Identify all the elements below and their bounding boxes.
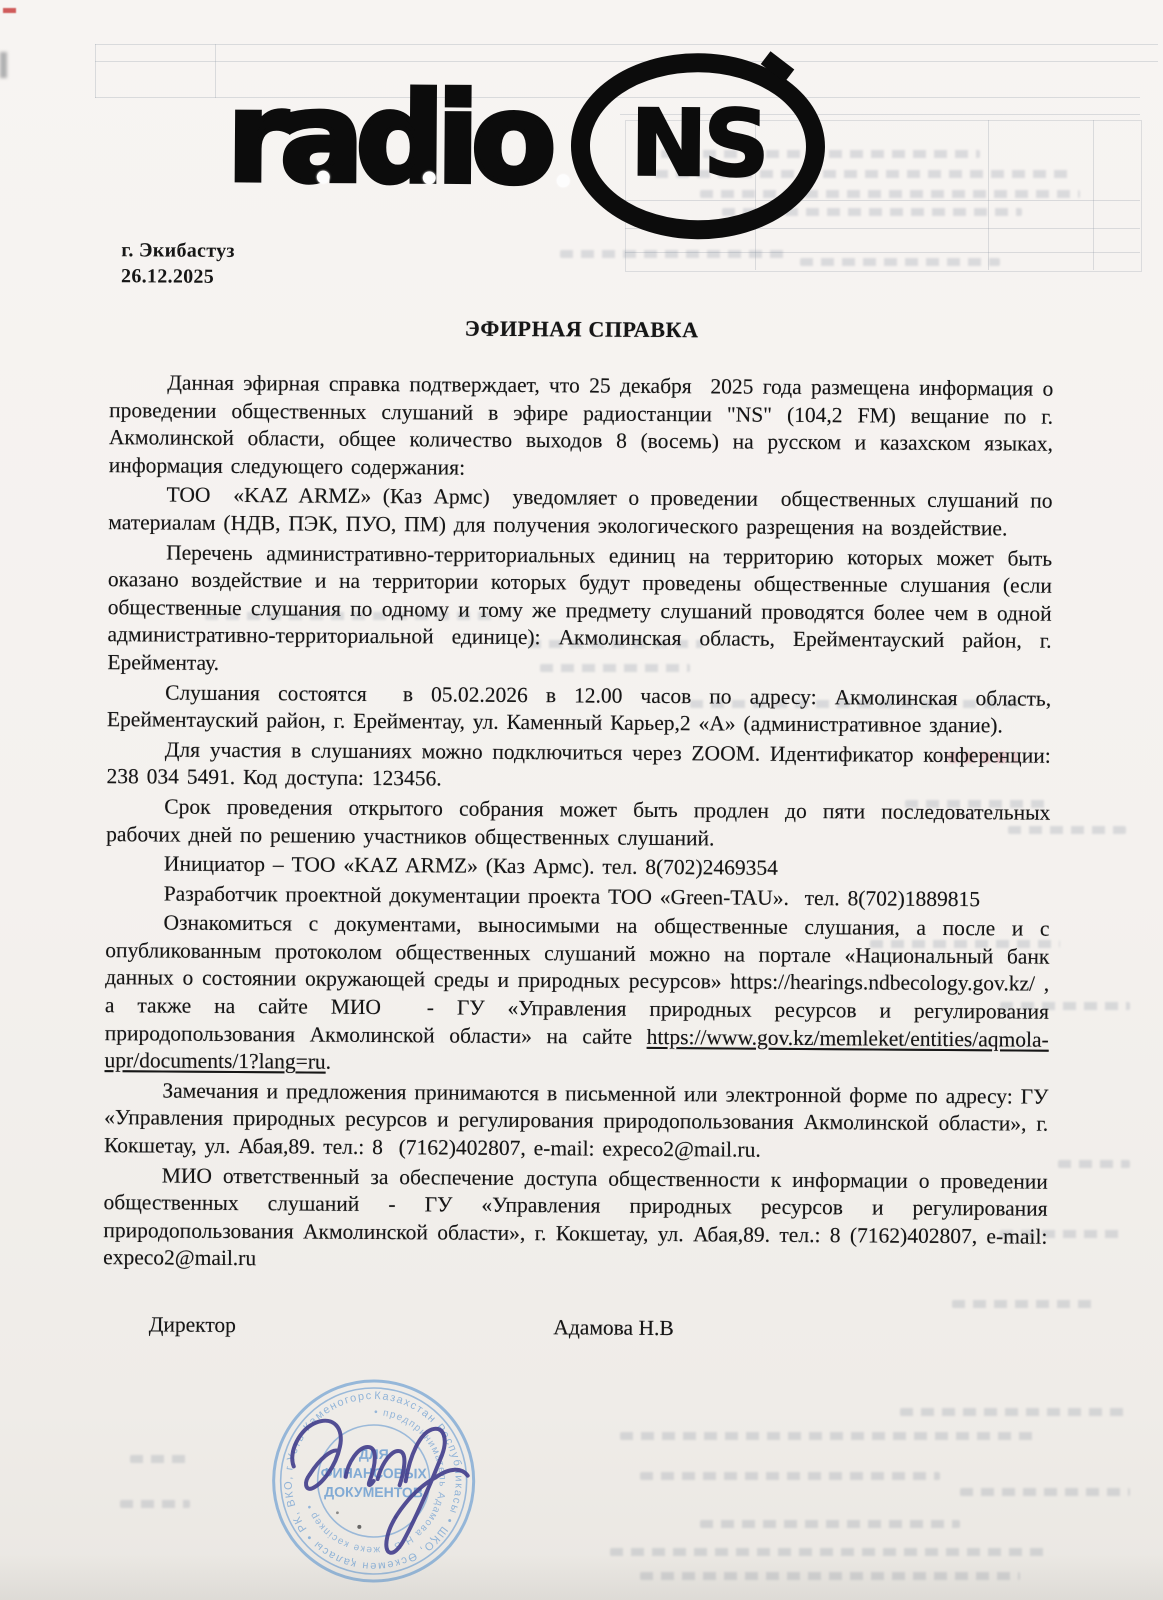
handwritten-signature bbox=[285, 1388, 516, 1575]
logo-ns-text: NS bbox=[630, 98, 766, 191]
signature-row: Директор Адамова Н.В bbox=[103, 1312, 1047, 1344]
paragraph-text: . bbox=[326, 1050, 332, 1074]
paragraph: Инициатор – ТОО «KAZ ARMZ» (Каз Армс). т… bbox=[106, 850, 1050, 884]
signature-name: Адамова Н.В bbox=[553, 1315, 674, 1340]
record-dot-icon bbox=[557, 174, 570, 187]
paragraph-text: Замечания и предложения принимаются в пи… bbox=[104, 1078, 1049, 1161]
paragraph: Перечень административно-территориальных… bbox=[107, 539, 1052, 684]
radio-ns-logo: radio NS bbox=[224, 46, 855, 245]
paragraph-text: Срок проведения открытого собрания может… bbox=[106, 794, 1050, 849]
city-line: г. Экибастуз bbox=[121, 239, 235, 263]
paragraph-text: https://hearings.ndbecology.gov.kz/ bbox=[730, 970, 1035, 996]
paragraph: Слушания состоятся в 05.02.2026 в 12.00 … bbox=[107, 679, 1051, 741]
scan-content: radio NS г. Экибастуз 26.12.2025 ЭФИРНАЯ… bbox=[0, 0, 1163, 1600]
document-title: ЭФИРНАЯ СПРАВКА bbox=[110, 313, 1054, 346]
paragraph: Ознакомиться с документами, выносимыми н… bbox=[104, 909, 1049, 1081]
paragraph: Данная эфирная справка подтверждает, что… bbox=[109, 369, 1054, 486]
paragraphs-container: Данная эфирная справка подтверждает, что… bbox=[103, 369, 1053, 1279]
paragraph: Для участия в слушаниях можно подключить… bbox=[106, 736, 1050, 798]
scanned-document-page: radio NS г. Экибастуз 26.12.2025 ЭФИРНАЯ… bbox=[0, 0, 1163, 1600]
signature-role: Директор bbox=[149, 1312, 236, 1337]
paragraph: Замечания и предложения принимаются в пи… bbox=[104, 1077, 1049, 1166]
paragraph-text: Перечень административно-территориальных… bbox=[107, 540, 1052, 675]
paragraph-text: Инициатор – ТОО «KAZ ARMZ» (Каз Армс). т… bbox=[164, 852, 778, 880]
paragraph: Срок проведения открытого собрания может… bbox=[106, 793, 1050, 855]
logo-circle-notch bbox=[761, 51, 795, 82]
record-dot-icon bbox=[423, 171, 436, 184]
date-line: 26.12.2025 bbox=[121, 265, 214, 289]
document-body: ЭФИРНАЯ СПРАВКА Данная эфирная справка п… bbox=[103, 313, 1054, 1344]
paragraph-text: Для участия в слушаниях можно подключить… bbox=[106, 737, 1050, 791]
paragraph-text: ТОО «KAZ ARMZ» (Каз Армс) уведомляет о п… bbox=[108, 483, 1052, 540]
paragraph: МИО ответственный за обеспечение доступа… bbox=[103, 1162, 1048, 1279]
paragraph: ТОО «KAZ ARMZ» (Каз Армс) уведомляет о п… bbox=[108, 481, 1052, 543]
paragraph-text: Данная эфирная справка подтверждает, что… bbox=[109, 371, 1054, 480]
paragraph: Разработчик проектной документации проек… bbox=[106, 880, 1050, 914]
paragraph-text: МИО ответственный за обеспечение доступа… bbox=[103, 1163, 1048, 1270]
logo-ns-circle: NS bbox=[570, 52, 825, 240]
paragraph-text: Слушания состоятся в 05.02.2026 в 12.00 … bbox=[107, 680, 1051, 737]
record-dot-icon bbox=[317, 171, 330, 184]
logo-radio-text: radio bbox=[227, 76, 549, 202]
paragraph-text: Разработчик проектной документации проек… bbox=[164, 881, 981, 911]
